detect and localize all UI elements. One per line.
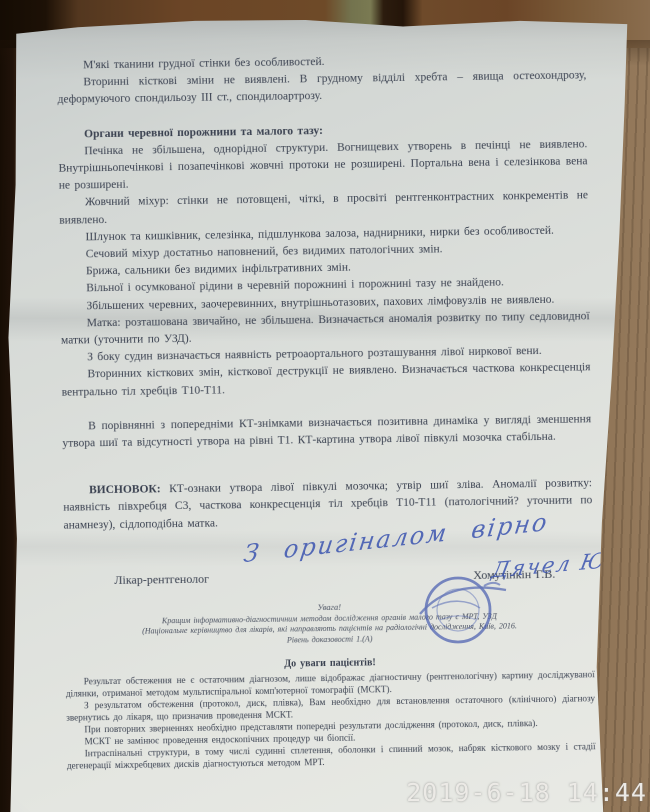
attention-note: Увага! Кращим інформативно-діагностичним… [65, 598, 595, 648]
round-stamp [406, 558, 510, 662]
doctor-role-label: Лікар-рентгенолог [114, 570, 209, 589]
camera-timestamp: 2019-6-18 14:44 [406, 778, 647, 807]
document-page: М'які тканини грудної стінки без особлив… [0, 8, 650, 812]
conclusion-label: ВИСНОВОК: [89, 484, 161, 497]
patients-notice: До уваги пацієнтів! Результат обстеження… [65, 654, 595, 771]
report-paragraph: Вторинних кісткових змін, кісткової дест… [61, 360, 590, 402]
report-paragraph: Вторинні кісткові зміни не виявлені. В г… [57, 68, 586, 110]
photo-of-medical-report: М'які тканини грудної стінки без особлив… [0, 0, 650, 812]
report-body: М'які тканини грудної стінки без особлив… [57, 50, 596, 771]
report-paragraph: В порівнянні з попередніми КТ-знімками в… [62, 411, 591, 453]
report-paragraph: Печінка не збільшена, однорідної структу… [58, 136, 588, 195]
